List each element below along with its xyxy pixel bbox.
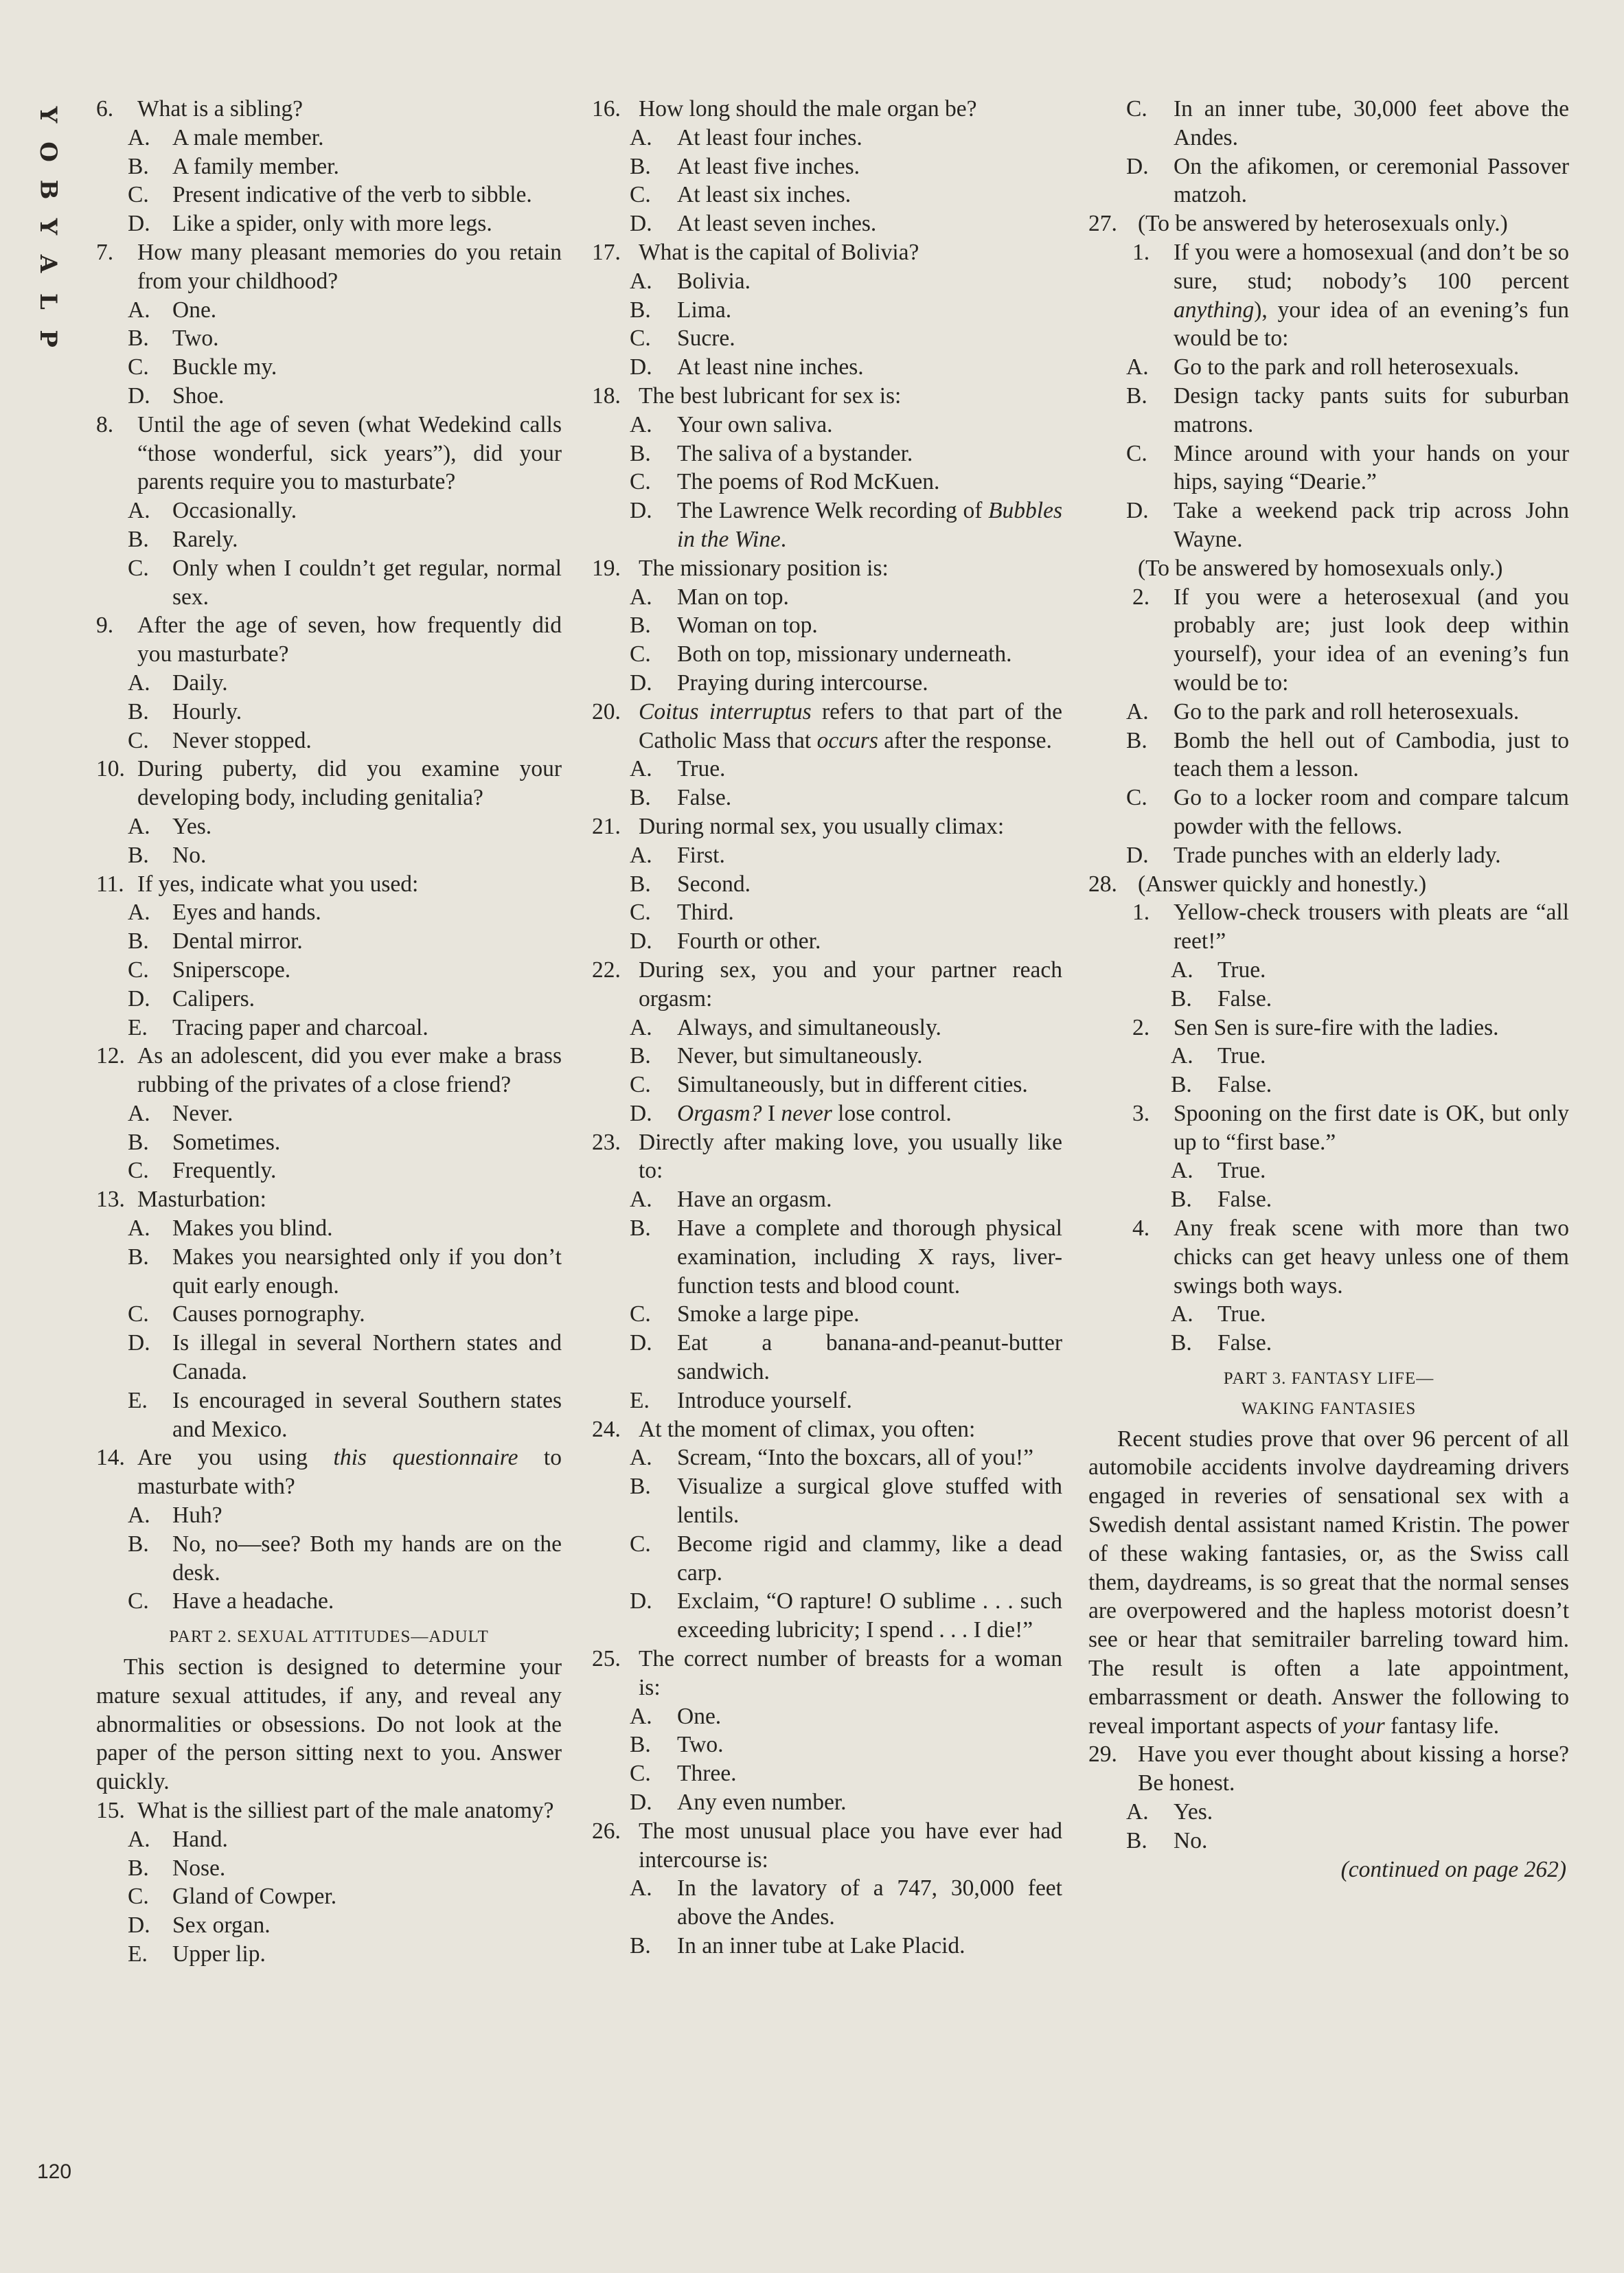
option-label: A. <box>128 296 150 325</box>
option-label: B. <box>1126 1827 1147 1855</box>
answer-option: B.Visualize a surgical glove stuffed wit… <box>592 1472 1062 1530</box>
option-label: B. <box>128 1530 149 1559</box>
answer-option: A.Never. <box>96 1099 562 1128</box>
option-label: C. <box>630 898 651 927</box>
option-label: B. <box>1126 727 1147 755</box>
true-false-option: B.False. <box>1088 985 1569 1014</box>
option-label: B. <box>630 296 651 325</box>
option-label: E. <box>128 1386 148 1415</box>
question-number: 28. <box>1088 870 1117 899</box>
question-number: 15. <box>96 1796 125 1825</box>
answer-option: A.Always, and simultaneously. <box>592 1014 1062 1042</box>
answer-option: B.Never, but simultaneously. <box>592 1042 1062 1071</box>
answer-option: D.Fourth or other. <box>592 927 1062 956</box>
section-3-intro: Recent studies prove that over 96 percen… <box>1088 1425 1569 1741</box>
question-number: 27. <box>1088 209 1117 238</box>
option-label: A. <box>128 1501 150 1530</box>
answer-option: C.Present indicative of the verb to sibb… <box>96 181 562 209</box>
option-label: A. <box>630 1014 652 1042</box>
answer-option: D.At least seven inches. <box>592 209 1062 238</box>
option-label: C. <box>1126 784 1147 812</box>
option-label: B. <box>630 1472 651 1501</box>
option-label: D. <box>128 985 150 1014</box>
answer-option: A.First. <box>592 841 1062 870</box>
answer-option: C.Causes pornography. <box>96 1300 562 1329</box>
option-label: B. <box>128 1854 149 1883</box>
option-label: D. <box>630 1099 652 1128</box>
option-label: C. <box>630 181 651 209</box>
question-text: Have you ever thought about kissing a ho… <box>1138 1741 1569 1796</box>
answer-option: C.Sniperscope. <box>96 956 562 985</box>
option-label: A. <box>128 812 150 841</box>
true-false-option: A.True. <box>1088 1042 1569 1071</box>
question: 6.What is a sibling? <box>96 95 562 124</box>
option-label: B. <box>630 1731 651 1759</box>
answer-option: A.One. <box>592 1702 1062 1731</box>
option-label: D. <box>630 669 652 698</box>
answer-option: B.In an inner tube at Lake Placid. <box>592 1932 1062 1961</box>
middle-column: 16.How long should the male organ be?A.A… <box>592 95 1062 1961</box>
question: 21.During normal sex, you usually climax… <box>592 812 1062 841</box>
question-number: 22. <box>592 956 621 985</box>
option-label: C. <box>630 468 651 496</box>
section-3-heading: PART 3. FANTASY LIFE— <box>1088 1364 1569 1393</box>
answer-option: B.Hourly. <box>96 698 562 727</box>
option-label: C. <box>1126 439 1147 468</box>
option-label: A. <box>128 1825 150 1854</box>
option-label: E. <box>128 1940 148 1969</box>
answer-option: E.Tracing paper and charcoal. <box>96 1014 562 1042</box>
option-label: C. <box>630 1759 651 1788</box>
question-text: (Answer quickly and honestly.) <box>1138 871 1426 897</box>
question-number: 16. <box>592 95 621 124</box>
option-label: A. <box>1126 698 1149 727</box>
option-label: D. <box>630 353 652 382</box>
option-label: C. <box>630 1300 651 1329</box>
option-label: B. <box>1171 1185 1192 1214</box>
question: 14.Are you using this questionnaire to m… <box>96 1443 562 1501</box>
question-28-item: 4.Any freak scene with more than two chi… <box>1088 1214 1569 1300</box>
question: 23.Directly after making love, you usual… <box>592 1128 1062 1186</box>
answer-option: C.Sucre. <box>592 324 1062 353</box>
answer-option: B.Lima. <box>592 296 1062 325</box>
option-label: C. <box>128 956 149 985</box>
option-label: A. <box>128 1099 150 1128</box>
logo-letter: Y <box>36 106 60 123</box>
option-label: B. <box>128 324 149 353</box>
left-column: 6.What is a sibling?A.A male member.B.A … <box>96 95 562 1969</box>
answer-option: A.One. <box>96 296 562 325</box>
option-label: B. <box>128 698 149 727</box>
option-label: A. <box>128 898 150 927</box>
answer-option: D.On the afikomen, or ceremonial Passove… <box>1088 152 1569 210</box>
question-number: 14. <box>96 1443 125 1472</box>
option-label: D. <box>630 209 652 238</box>
option-label: B. <box>1171 1071 1192 1099</box>
answer-option: E.Is encouraged in several Southern stat… <box>96 1386 562 1444</box>
option-label: B. <box>128 1243 149 1272</box>
question: 25.The correct number of breasts for a w… <box>592 1645 1062 1702</box>
question-number: 17. <box>592 238 621 267</box>
option-label: E. <box>128 1014 148 1042</box>
answer-option: D.Is illegal in several Northern states … <box>96 1329 562 1386</box>
answer-option: C.Only when I couldn’t get regular, norm… <box>96 554 562 612</box>
question-27-part-1: 1. If you were a homosexual (and don’t b… <box>1088 238 1569 353</box>
answer-option: C.Frequently. <box>96 1156 562 1185</box>
question-number: 23. <box>592 1128 621 1157</box>
option-label: B. <box>1171 1329 1192 1358</box>
answer-option: A.In the lavatory of a 747, 30,000 feet … <box>592 1874 1062 1932</box>
question: 24.At the moment of climax, you often: <box>592 1415 1062 1444</box>
answer-option: C.Mince around with your hands on your h… <box>1088 439 1569 497</box>
option-label: A. <box>630 1185 652 1214</box>
question-27: 27. (To be answered by heterosexuals onl… <box>1088 209 1569 238</box>
answer-option: C.Simultaneously, but in different citie… <box>592 1071 1062 1099</box>
option-label: D. <box>1126 841 1149 870</box>
answer-option: D.Trade punches with an elderly lady. <box>1088 841 1569 870</box>
answer-option: C.Gland of Cowper. <box>96 1882 562 1911</box>
option-label: C. <box>128 1156 149 1185</box>
answer-option: D.Praying during intercourse. <box>592 669 1062 698</box>
playboy-logo: PLAYBOY <box>32 103 65 350</box>
question-number: 20. <box>592 698 621 727</box>
question: 11.If yes, indicate what you used: <box>96 870 562 899</box>
answer-option: C.Never stopped. <box>96 727 562 755</box>
option-label: A. <box>1126 353 1149 382</box>
option-label: A. <box>630 411 652 439</box>
answer-option: A.Your own saliva. <box>592 411 1062 439</box>
option-label: A. <box>630 267 652 296</box>
logo-letter: A <box>36 255 60 273</box>
option-label: A. <box>630 1443 652 1472</box>
answer-option: B.At least five inches. <box>592 152 1062 181</box>
section-2-intro: This section is designed to determine yo… <box>96 1653 562 1796</box>
option-label: B. <box>1171 985 1192 1014</box>
logo-letter: L <box>36 293 60 310</box>
answer-option: C.In an inner tube, 30,000 feet above th… <box>1088 95 1569 152</box>
answer-option: B.Have a complete and thorough physical … <box>592 1214 1062 1300</box>
answer-option: B.Woman on top. <box>592 611 1062 640</box>
true-false-option: A.True. <box>1088 1156 1569 1185</box>
option-label: D. <box>128 209 150 238</box>
answer-option: D.Exclaim, “O rapture! O sublime . . . s… <box>592 1587 1062 1645</box>
question: 8.Until the age of seven (what Wedekind … <box>96 411 562 496</box>
answer-option: E.Introduce yourself. <box>592 1386 1062 1415</box>
answer-option: C.Both on top, missionary underneath. <box>592 640 1062 669</box>
question: 20.Coitus interruptus refers to that par… <box>592 698 1062 755</box>
question: 22.During sex, you and your partner reac… <box>592 956 1062 1014</box>
option-label: A. <box>630 841 652 870</box>
answer-option: C.Have a headache. <box>96 1587 562 1616</box>
option-label: B. <box>630 152 651 181</box>
answer-option: D.Sex organ. <box>96 1911 562 1940</box>
answer-option: B.Two. <box>592 1731 1062 1759</box>
question: 15.What is the silliest part of the male… <box>96 1796 562 1825</box>
option-label: E. <box>630 1386 650 1415</box>
answer-option: B.False. <box>592 784 1062 812</box>
answer-option: D.Shoe. <box>96 382 562 411</box>
true-false-option: A.True. <box>1088 1300 1569 1329</box>
option-label: A. <box>630 1874 652 1903</box>
answer-option: B.The saliva of a bystander. <box>592 439 1062 468</box>
answer-option: B.Design tacky pants suits for suburban … <box>1088 382 1569 439</box>
option-label: C. <box>128 727 149 755</box>
question-number: 7. <box>96 238 113 267</box>
section-2-heading: PART 2. SEXUAL ATTITUDES—ADULT <box>96 1623 562 1652</box>
true-false-option: A.True. <box>1088 956 1569 985</box>
answer-option: D.Like a spider, only with more legs. <box>96 209 562 238</box>
answer-option: A.At least four inches. <box>592 124 1062 152</box>
answer-option: D.Orgasm? I never lose control. <box>592 1099 1062 1128</box>
option-label: C. <box>128 181 149 209</box>
answer-option: A.Daily. <box>96 669 562 698</box>
option-label: B. <box>630 611 651 640</box>
option-label: D. <box>630 1788 652 1817</box>
option-label: B. <box>128 927 149 956</box>
option-label: C. <box>630 1530 651 1559</box>
question-27-note: (To be answered by homosexuals only.) <box>1088 554 1569 583</box>
question: 19.The missionary position is: <box>592 554 1062 583</box>
question-number: 12. <box>96 1042 125 1071</box>
option-label: A. <box>128 669 150 698</box>
question-number: 10. <box>96 755 125 784</box>
answer-option: D.The Lawrence Welk recording of Bubbles… <box>592 496 1062 554</box>
option-label: D. <box>128 382 150 411</box>
answer-option: A.A male member. <box>96 124 562 152</box>
answer-option: C.Smoke a large pipe. <box>592 1300 1062 1329</box>
question-number: 26. <box>592 1817 621 1846</box>
option-label: C. <box>630 1071 651 1099</box>
question-number: 18. <box>592 382 621 411</box>
option-label: B. <box>128 152 149 181</box>
answer-option: A.Yes. <box>96 812 562 841</box>
option-label: C. <box>1126 95 1147 124</box>
question: 12.As an adolescent, did you ever make a… <box>96 1042 562 1099</box>
answer-option: B.Sometimes. <box>96 1128 562 1157</box>
option-label: A. <box>128 496 150 525</box>
question: 13.Masturbation: <box>96 1185 562 1214</box>
answer-option: A.Go to the park and roll heterosexuals. <box>1088 353 1569 382</box>
question: 9.After the age of seven, how frequently… <box>96 611 562 669</box>
answer-option: D.Calipers. <box>96 985 562 1014</box>
true-false-option: B.False. <box>1088 1329 1569 1358</box>
answer-option: A.Yes. <box>1088 1798 1569 1827</box>
option-label: A. <box>1126 1798 1149 1827</box>
option-label: A. <box>630 1702 652 1731</box>
logo-letter: P <box>36 330 60 347</box>
option-label: C. <box>630 640 651 669</box>
option-label: D. <box>630 927 652 956</box>
question-number: 21. <box>592 812 621 841</box>
answer-option: A.Have an orgasm. <box>592 1185 1062 1214</box>
right-column: C.In an inner tube, 30,000 feet above th… <box>1088 95 1569 1884</box>
option-label: B. <box>128 525 149 554</box>
question-number: 13. <box>96 1185 125 1214</box>
option-label: C. <box>630 324 651 353</box>
option-label: B. <box>630 439 651 468</box>
question: 26.The most unusual place you have ever … <box>592 1817 1062 1875</box>
question: 7.How many pleasant memories do you reta… <box>96 238 562 296</box>
option-label: D. <box>1126 496 1149 525</box>
question-text: (To be answered by heterosexuals only.) <box>1138 211 1508 236</box>
option-label: A. <box>630 124 652 152</box>
option-label: D. <box>1126 152 1149 181</box>
answer-option: A.True. <box>592 755 1062 784</box>
answer-option: C.Go to a locker room and compare talcum… <box>1088 784 1569 841</box>
option-label: A. <box>630 755 652 784</box>
option-label: C. <box>128 1587 149 1616</box>
option-label: A. <box>1171 956 1193 985</box>
option-label: D. <box>630 1587 652 1616</box>
answer-option: B.Bomb the hell out of Cambodia, just to… <box>1088 727 1569 784</box>
continued-note: (continued on page 262) <box>1088 1855 1569 1884</box>
question-number: 8. <box>96 411 113 439</box>
option-label: A. <box>128 124 150 152</box>
answer-option: A.Scream, “Into the boxcars, all of you!… <box>592 1443 1062 1472</box>
question-28-item: 3.Spooning on the first date is OK, but … <box>1088 1099 1569 1157</box>
answer-option: B.A family member. <box>96 152 562 181</box>
true-false-option: B.False. <box>1088 1185 1569 1214</box>
answer-option: E.Upper lip. <box>96 1940 562 1969</box>
option-label: B. <box>630 1042 651 1071</box>
option-label: B. <box>630 1214 651 1243</box>
option-label: B. <box>128 841 149 870</box>
option-label: A. <box>128 1214 150 1243</box>
question: 18.The best lubricant for sex is: <box>592 382 1062 411</box>
question-number: 29. <box>1088 1740 1117 1769</box>
question-28-item: 2.Sen Sen is sure-fire with the ladies. <box>1088 1014 1569 1042</box>
option-label: D. <box>630 496 652 525</box>
answer-option: A.Huh? <box>96 1501 562 1530</box>
question-number: 6. <box>96 95 113 124</box>
logo-letter: B <box>36 179 60 199</box>
answer-option: D.Take a weekend pack trip across John W… <box>1088 496 1569 554</box>
answer-option: D.Eat a banana-and-peanut-butter sandwic… <box>592 1329 1062 1386</box>
question-number: 9. <box>96 611 113 640</box>
question: 17.What is the capital of Bolivia? <box>592 238 1062 267</box>
true-false-option: B.False. <box>1088 1071 1569 1099</box>
question-number: 11. <box>96 870 124 899</box>
answer-option: A.Occasionally. <box>96 496 562 525</box>
option-label: A. <box>1171 1300 1193 1329</box>
option-label: A. <box>1171 1042 1193 1071</box>
question-27-part-2: 2. If you were a heterosexual (and you p… <box>1088 583 1569 698</box>
section-3-subheading: WAKING FANTASIES <box>1088 1395 1569 1424</box>
option-label: D. <box>128 1329 150 1358</box>
answer-option: A.Hand. <box>96 1825 562 1854</box>
answer-option: C.Third. <box>592 898 1062 927</box>
option-label: B. <box>128 1128 149 1157</box>
answer-option: C.Three. <box>592 1759 1062 1788</box>
answer-option: C.The poems of Rod McKuen. <box>592 468 1062 496</box>
answer-option: B.Nose. <box>96 1854 562 1883</box>
logo-letter: O <box>36 142 60 163</box>
logo-letter: Y <box>36 218 60 235</box>
question-number: 25. <box>592 1645 621 1674</box>
answer-option: A.Makes you blind. <box>96 1214 562 1243</box>
answer-option: B.No, no—see? Both my hands are on the d… <box>96 1530 562 1588</box>
answer-option: B.No. <box>1088 1827 1569 1855</box>
answer-option: C.At least six inches. <box>592 181 1062 209</box>
option-label: C. <box>128 554 149 583</box>
answer-option: D.Any even number. <box>592 1788 1062 1817</box>
answer-option: B.Rarely. <box>96 525 562 554</box>
option-label: B. <box>630 1932 651 1961</box>
answer-option: B.Makes you nearsighted only if you don’… <box>96 1243 562 1301</box>
answer-option: A.Eyes and hands. <box>96 898 562 927</box>
question-28-item: 1.Yellow-check trousers with pleats are … <box>1088 898 1569 956</box>
answer-option: B.Second. <box>592 870 1062 899</box>
question: 16.How long should the male organ be? <box>592 95 1062 124</box>
answer-option: B.Dental mirror. <box>96 927 562 956</box>
option-label: A. <box>1171 1156 1193 1185</box>
answer-option: A.Go to the park and roll heterosexuals. <box>1088 698 1569 727</box>
option-label: C. <box>128 1300 149 1329</box>
option-label: D. <box>630 1329 652 1358</box>
page-number: 120 <box>37 2160 71 2184</box>
option-label: A. <box>630 583 652 612</box>
option-label: B. <box>630 870 651 899</box>
answer-option: C.Become rigid and clammy, like a dead c… <box>592 1530 1062 1588</box>
answer-option: B.Two. <box>96 324 562 353</box>
question: 10.During puberty, did you examine your … <box>96 755 562 812</box>
answer-option: A.Man on top. <box>592 583 1062 612</box>
question-28: 28. (Answer quickly and honestly.) <box>1088 870 1569 899</box>
answer-option: D.At least nine inches. <box>592 353 1062 382</box>
option-label: B. <box>630 784 651 812</box>
question-29: 29. Have you ever thought about kissing … <box>1088 1740 1569 1798</box>
option-label: C. <box>128 353 149 382</box>
option-label: D. <box>128 1911 150 1940</box>
option-label: C. <box>128 1882 149 1911</box>
option-label: B. <box>1126 382 1147 411</box>
question-number: 24. <box>592 1415 621 1444</box>
question-number: 19. <box>592 554 621 583</box>
answer-option: A.Bolivia. <box>592 267 1062 296</box>
answer-option: C.Buckle my. <box>96 353 562 382</box>
answer-option: B.No. <box>96 841 562 870</box>
